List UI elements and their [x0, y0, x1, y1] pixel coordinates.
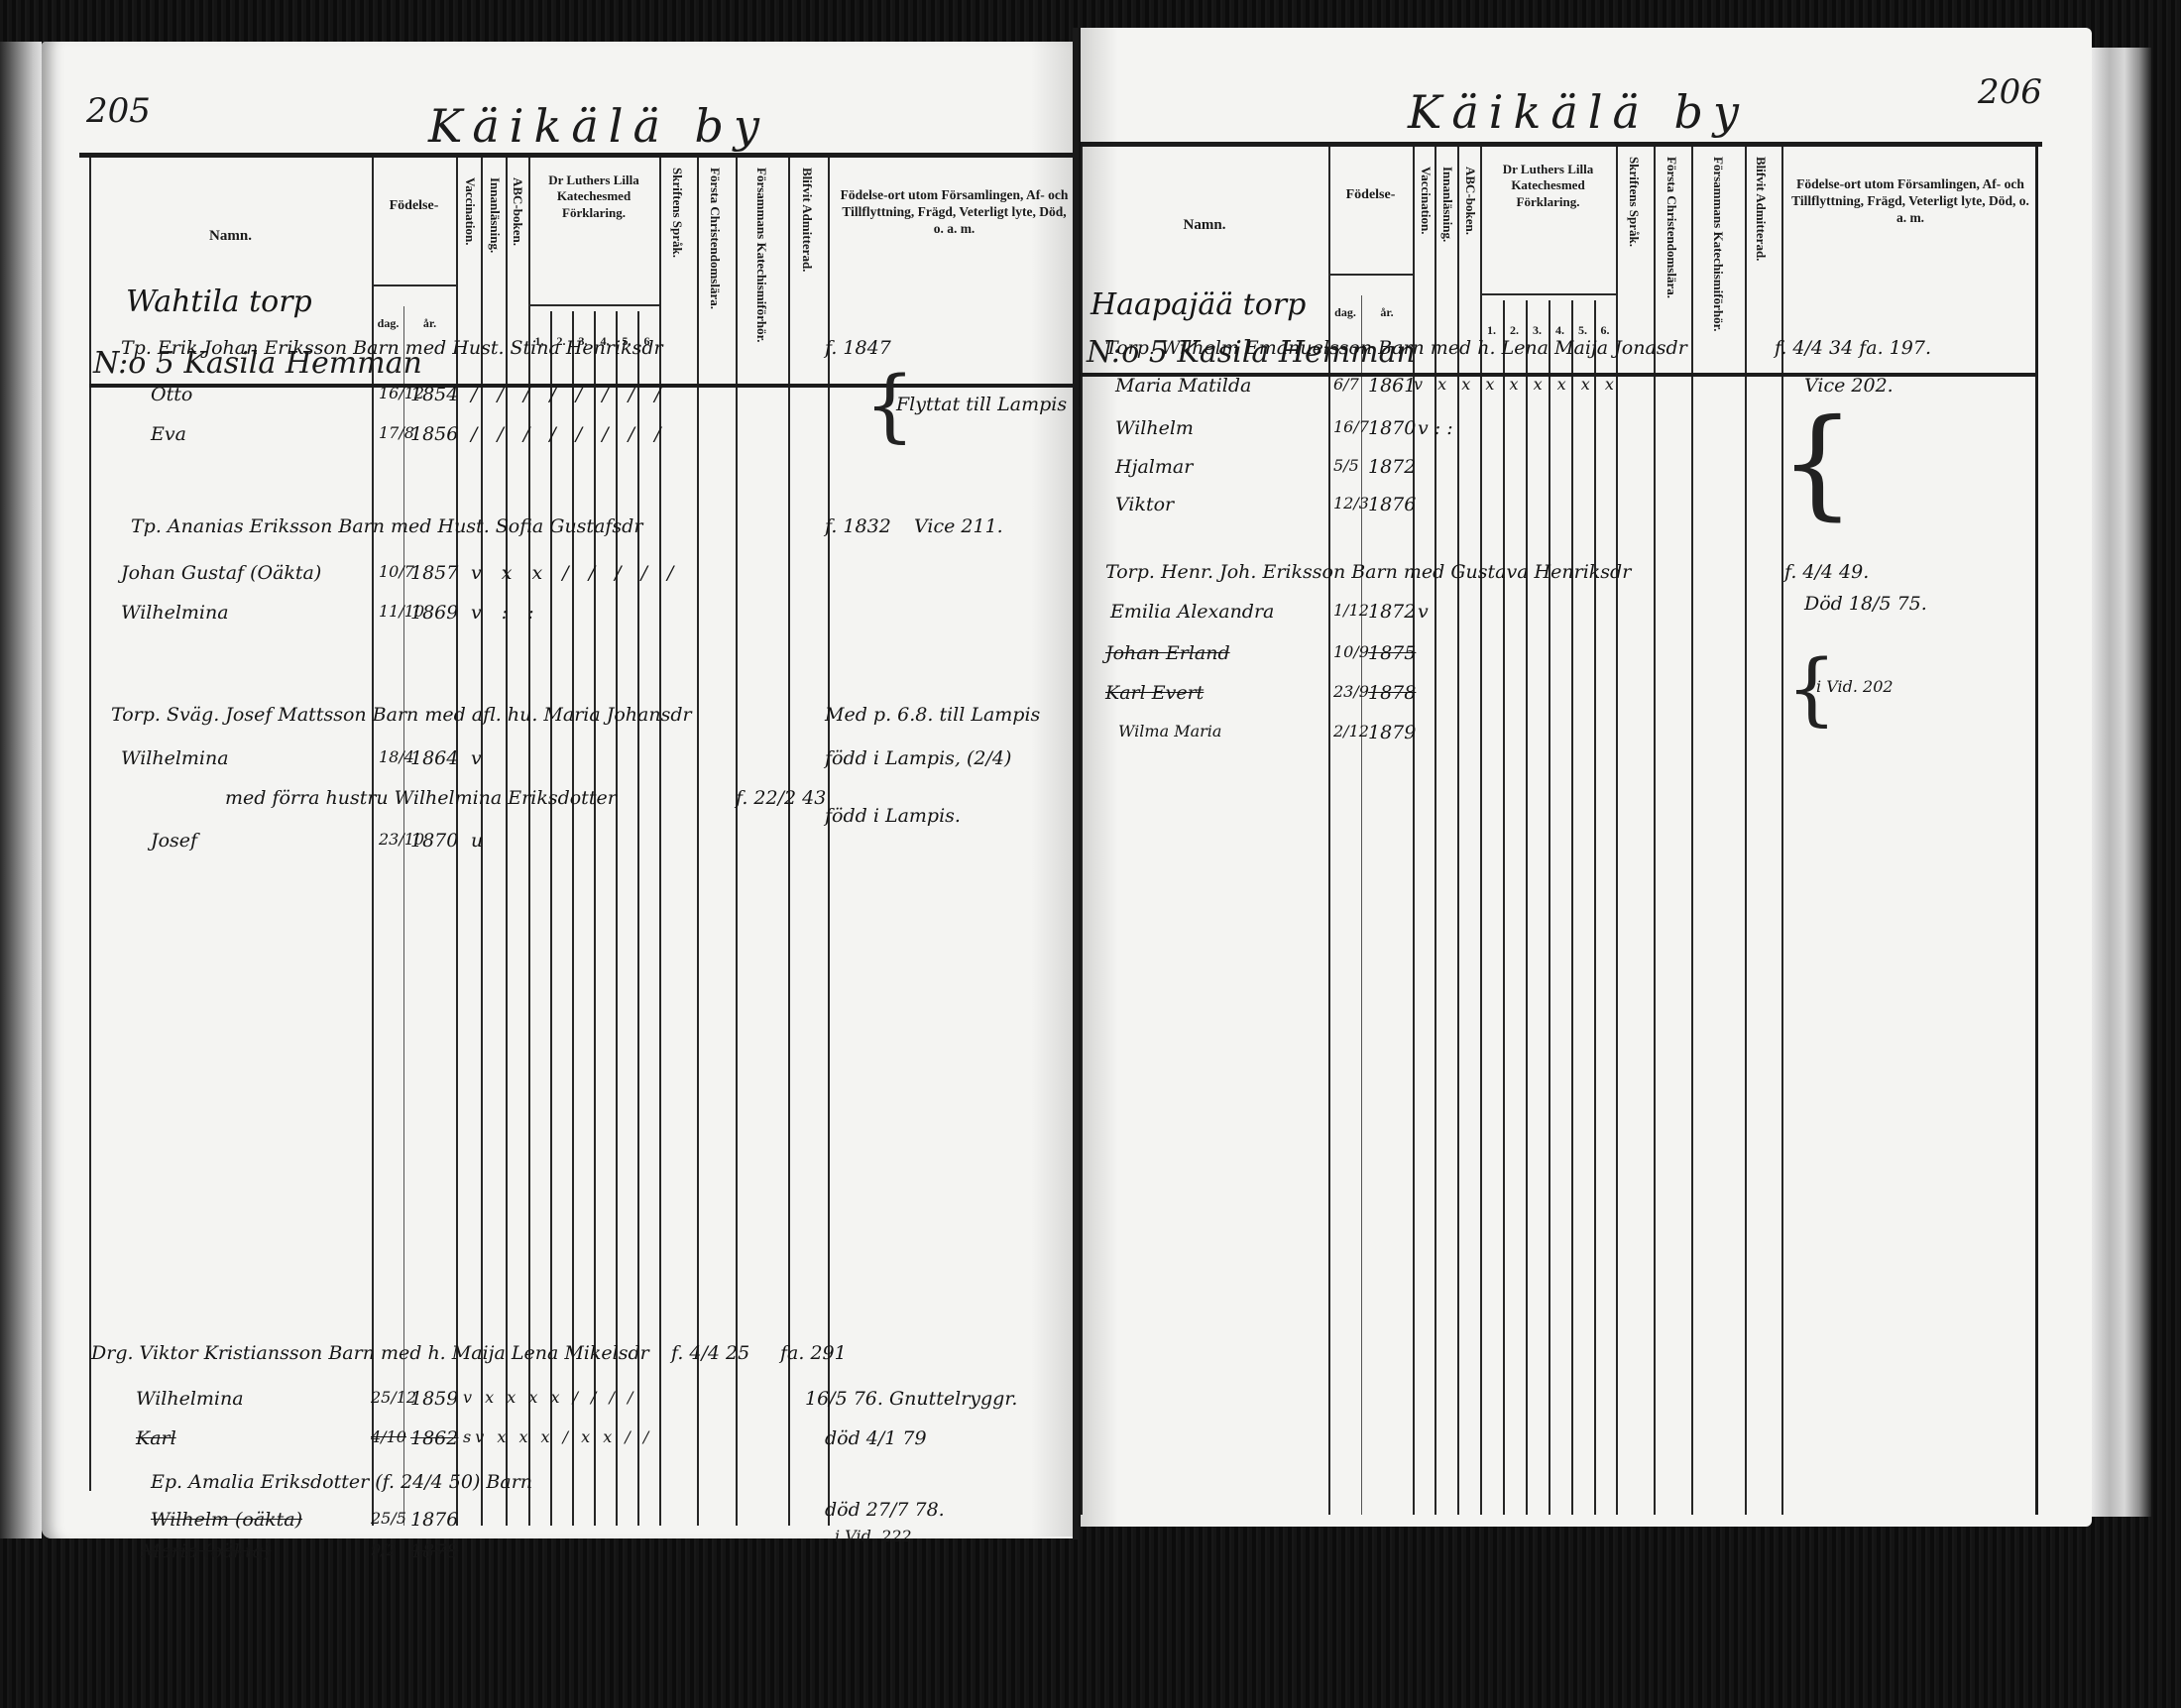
exam-marks: v x x x x x x x x — [1414, 375, 1619, 394]
child-name: Emilia Alexandra — [1110, 601, 1274, 623]
village-title: Käikälä by — [428, 99, 769, 153]
birth-year: 1878 — [410, 1540, 458, 1562]
birth-day: 9/2 — [371, 1540, 397, 1559]
exam-marks: v x x / / / / / — [471, 562, 680, 584]
birth-day: 4/10 — [371, 1427, 406, 1446]
birth-year: 1870 — [1368, 417, 1416, 439]
exam-marks: v x x x x / / / / — [463, 1388, 636, 1407]
birthplace-note: född i Lampis, (2/4) — [825, 747, 1011, 769]
household-head: Torp. Henr. Joh. Eriksson Barn med Gusta… — [1105, 561, 1631, 583]
former-wife: med förra hustru Wilhelmina Eriksdotter — [225, 787, 617, 809]
death-note: död 27/7 78. — [825, 1499, 945, 1521]
column-header-vaccination: Vaccination. — [1418, 167, 1434, 365]
exam-marks: v — [1418, 601, 1429, 623]
spine-shadow-left — [1031, 40, 1076, 1537]
book-spine — [1073, 28, 1079, 1539]
birth-year: 1876 — [410, 1509, 458, 1531]
birth-info: f. 4/4 25 — [671, 1342, 749, 1364]
household-head: Drg. Viktor Kristiansson Barn med h. Mai… — [91, 1342, 649, 1364]
child-name: Eva — [151, 423, 186, 445]
child-name: Wilma Maria — [1118, 722, 1221, 740]
exam-marks: v : : — [1418, 417, 1453, 439]
birth-info: f. 1832 — [825, 515, 891, 537]
child-name: Wilhelmina — [121, 602, 229, 624]
child-name: Wilhelm — [1115, 417, 1194, 439]
exam-marks: u — [471, 830, 483, 852]
column-header-notes: Födelse-ort utom Församlingen, Af- och T… — [1791, 176, 2029, 227]
column-header-congregation-catechism: Försammans Katechismiförhör. — [753, 168, 769, 376]
column-header-name: Namn. — [89, 227, 372, 246]
child-name: Viktor — [1115, 494, 1174, 515]
birth-day: 23/9 — [1333, 682, 1369, 701]
column-header-admitted: Blifvit Admitterad. — [1753, 157, 1769, 365]
place-heading: Wahtila torp — [126, 285, 312, 319]
child-name: Hjalmar — [1115, 456, 1193, 478]
child-name: Wilhelmina — [121, 747, 229, 769]
birth-year: 1879 — [1368, 722, 1416, 743]
birth-day: 2/12 — [1333, 722, 1369, 740]
household-head: Tp. Erik Johan Eriksson Barn med Hust. S… — [121, 337, 663, 359]
left-page: 205 Käikälä by Namn. Födelse- dag. år. V… — [42, 42, 1076, 1538]
child-name: Maria (oäkta) — [141, 1540, 271, 1562]
birth-day: 5/5 — [1333, 456, 1359, 475]
birth-info: f. 4/4 49. — [1784, 561, 1869, 583]
birth-day: 12/3 — [1333, 494, 1369, 512]
column-header-admitted: Blifvit Admitterad. — [799, 168, 815, 376]
exam-marks: v — [471, 747, 482, 769]
birth-year: 1861 — [1368, 375, 1416, 397]
death-note: död 4/1 79 — [825, 1427, 927, 1449]
birth-year: 1875 — [1368, 642, 1416, 664]
column-header-first-christendom: Första Christendomslära. — [707, 168, 723, 376]
birth-year: 1856 — [410, 423, 458, 445]
wife-entry: Ep. Amalia Eriksdotter (f. 24/4 50) Barn — [151, 1471, 532, 1493]
column-header-catechism: Dr Luthers Lilla Katechesmed Förklaring. — [530, 172, 657, 221]
right-page: 206 Käikälä by Namn. Födelse- dag. år. V… — [1081, 28, 2092, 1527]
child-name: Josef — [151, 830, 197, 852]
child-name: Karl — [136, 1427, 176, 1449]
child-name: Karl Evert — [1105, 682, 1204, 704]
birth-year: 1878 — [1368, 682, 1416, 704]
column-header-scripture: Skriftens Språk. — [1626, 157, 1642, 365]
column-header-congregation-catechism: Försammans Katechismiförhör. — [1710, 157, 1726, 365]
child-name: Johan Gustaf (Oäkta) — [121, 562, 321, 584]
catechism-part-1: 1. — [1480, 323, 1503, 338]
birth-info: f. 22/2 43 — [736, 787, 826, 809]
child-name: Wilhelmina — [136, 1388, 244, 1410]
birth-day: 10/7 — [379, 562, 414, 581]
column-header-birth: Födelse- — [1328, 186, 1413, 204]
catechism-part-5: 5. — [1571, 323, 1594, 338]
birth-year: 1876 — [1368, 494, 1416, 515]
page-number: 206 — [1978, 72, 2042, 112]
column-header-scripture: Skriftens Språk. — [669, 168, 685, 376]
exam-marks: / / / / / / / / — [471, 423, 668, 445]
exam-marks: v : : — [471, 602, 541, 624]
child-name: Maria Matilda — [1115, 375, 1251, 397]
column-header-catechism: Dr Luthers Lilla Katechesmed Förklaring. — [1482, 162, 1614, 210]
reference-note: Vice 211. — [914, 515, 1003, 537]
child-name: Johan Erland — [1105, 642, 1230, 664]
birth-day: 17/8 — [379, 423, 414, 442]
reference-note: Vice 202. — [1804, 375, 1894, 397]
birth-year: 1864 — [410, 747, 458, 769]
birth-year: 1857 — [410, 562, 458, 584]
page-number: 205 — [86, 91, 151, 131]
exam-marks: sv x x x / x x / / — [463, 1427, 652, 1446]
migration-note: Med p. 6.8. till Lampis — [825, 704, 1040, 726]
birth-day: 25/5 — [371, 1509, 406, 1528]
birth-info: f. 1847 — [825, 337, 891, 359]
birth-day: 18/4 — [379, 747, 414, 766]
catechism-part-2: 2. — [1503, 323, 1526, 338]
reference-note: i Vid. 222 — [835, 1527, 912, 1545]
birth-info: f. 4/4 34 fa. 197. — [1775, 337, 1931, 359]
spine-shadow-right — [1079, 28, 1118, 1527]
child-name: Otto — [151, 384, 192, 405]
household-head: Tp. Ananias Eriksson Barn med Hust. Sofi… — [131, 515, 642, 537]
birth-year: 1872 — [1368, 456, 1416, 478]
column-header-first-christendom: Första Christendomslära. — [1664, 157, 1679, 365]
catechism-part-4: 4. — [1549, 323, 1571, 338]
birthplace-note: född i Lampis. — [825, 805, 961, 827]
column-header-abc: ABC-boken. — [1462, 167, 1478, 365]
child-name: Wilhelm (oäkta) — [151, 1509, 302, 1531]
column-header-day: dag. — [1329, 305, 1361, 320]
brace-icon: { — [1779, 395, 1855, 532]
status-note: 16/5 76. Gnuttelryggr. — [805, 1388, 1017, 1410]
column-header-birth: Födelse- — [372, 197, 456, 215]
catechism-part-3: 3. — [1526, 323, 1549, 338]
birth-year: 1872 — [1368, 601, 1416, 623]
catechism-part-6: 6. — [1594, 323, 1616, 338]
column-header-year: år. — [1361, 305, 1413, 320]
household-head: Torp. Wilhelm Emanuelsson Barn med h. Le… — [1105, 337, 1687, 359]
birth-year: 1869 — [410, 602, 458, 624]
reference-note: fa. 291 — [780, 1342, 847, 1364]
birth-year: 1862 — [410, 1427, 458, 1449]
birth-day: 6/7 — [1333, 375, 1359, 394]
place-heading: Haapajää torp — [1090, 287, 1306, 322]
column-header-year: år. — [403, 316, 456, 331]
column-header-day: dag. — [373, 316, 403, 331]
birth-year: 1859 — [410, 1388, 458, 1410]
reference-note: i Vid. 202 — [1816, 677, 1894, 696]
column-header-reading: Innanläsning. — [1439, 167, 1455, 365]
birth-day: 1/12 — [1333, 601, 1369, 620]
birth-day: 16/7 — [1333, 417, 1369, 436]
birth-day: 10/9 — [1333, 642, 1369, 661]
birth-year: 1870 — [410, 830, 458, 852]
birth-year: 1854 — [410, 384, 458, 405]
exam-marks: / / / / / / / / — [471, 384, 668, 405]
death-note: Död 18/5 75. — [1804, 593, 1927, 615]
village-title: Käikälä by — [1408, 85, 1749, 139]
household-head: Torp. Sväg. Josef Mattsson Barn med afl.… — [111, 704, 692, 726]
